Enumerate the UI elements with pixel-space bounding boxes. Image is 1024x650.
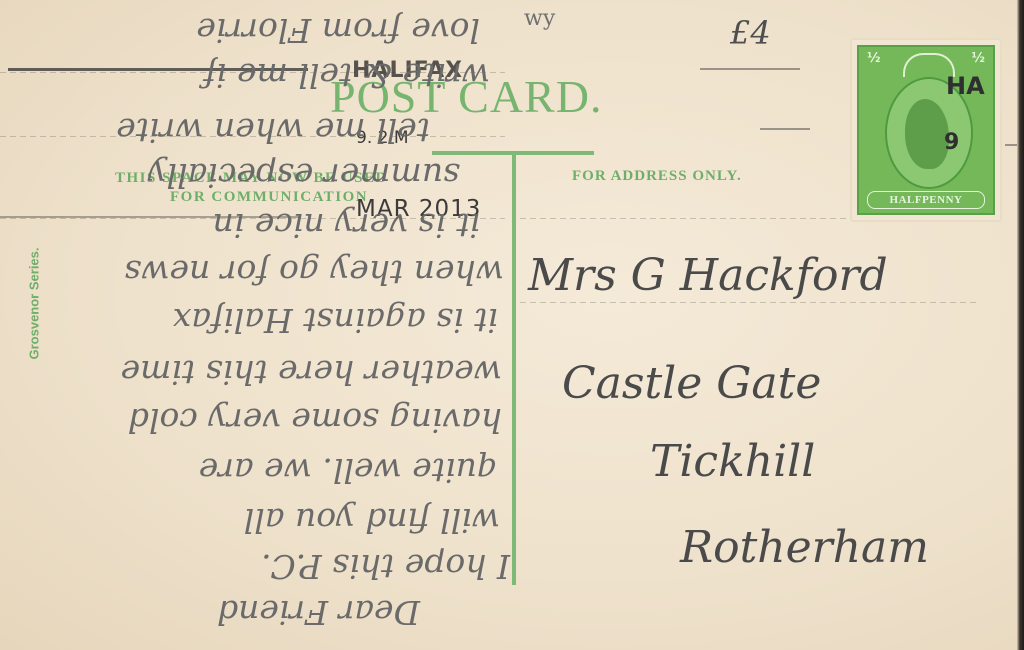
stamp-denomination: HALFPENNY xyxy=(867,191,985,209)
message-line: quite well. we are xyxy=(199,451,498,490)
message-line: tell me when write xyxy=(116,111,430,150)
address-line-city: Rotherham xyxy=(680,522,929,573)
postcard-back: POST CARD. THIS SPACE MAY NOW BE USED FO… xyxy=(0,0,1017,650)
postmark-bar xyxy=(1005,144,1017,146)
pencil-note: wy xyxy=(524,6,555,31)
address-line-name: Mrs G Hackford xyxy=(528,250,888,301)
stamp-value-right: ½ xyxy=(972,51,985,66)
message-block: Dear Friend I hope this P.C. will find y… xyxy=(0,0,520,650)
address-line-street: Castle Gate xyxy=(562,358,821,409)
stamp-face: ½ ½ HALFPENNY xyxy=(857,45,995,215)
message-line: it is against Halifax xyxy=(173,301,498,340)
message-line: summer especially xyxy=(148,156,460,195)
message-line: love from Florrie xyxy=(196,11,480,50)
stamp-cancel-digit: 9 xyxy=(944,130,959,155)
message-line: write & tell me if xyxy=(204,56,490,95)
message-line: weather here this time xyxy=(121,353,502,392)
message-line: having some very cold xyxy=(128,401,502,440)
address-only-notice: FOR ADDRESS ONLY. xyxy=(572,168,742,185)
price-note: £4 xyxy=(730,14,771,52)
message-line: when they go for news xyxy=(124,253,504,292)
rule-line xyxy=(520,302,980,303)
stamp-cancel-letters: HA xyxy=(946,72,985,100)
rule-line xyxy=(520,218,850,219)
message-line: will find you all xyxy=(244,501,500,540)
message-line: Dear Friend xyxy=(217,593,420,632)
postage-stamp: ½ ½ HALFPENNY HA 9 xyxy=(852,40,1000,220)
postmark-bar xyxy=(760,128,810,130)
postmark-bar xyxy=(700,68,800,70)
stamp-value-left: ½ xyxy=(867,51,880,66)
message-line: it is very nice in xyxy=(213,206,480,245)
card-edge-shadow xyxy=(1017,0,1024,650)
address-line-town: Tickhill xyxy=(650,436,815,487)
message-line: I hope this P.C. xyxy=(261,547,510,586)
